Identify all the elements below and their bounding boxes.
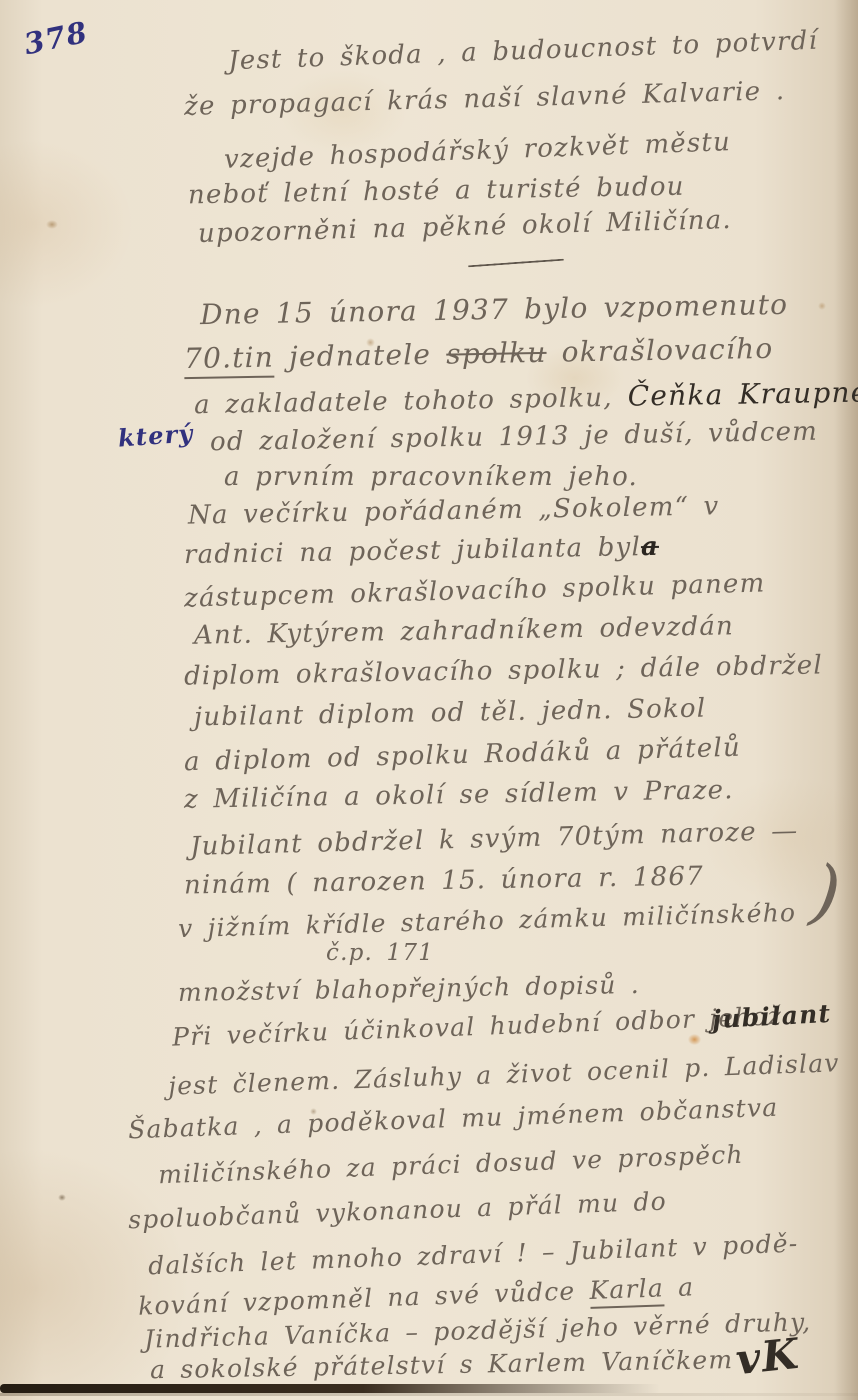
entry-date-line: Dne 15 února 1937 bylo vzpomenuto <box>200 291 789 329</box>
entry-line: množství blahopřejných dopisů . <box>178 972 640 1005</box>
manuscript-page: 378 Jest to škoda , a budoucnost to potv… <box>0 0 858 1400</box>
page-bottom-edge <box>0 1384 660 1393</box>
entry-line-kraupner: a zakladatele tohoto spolku, Čeňka Kraup… <box>194 378 858 419</box>
entry-line: jest členem. Zásluhy a život ocenil p. L… <box>168 1050 840 1098</box>
entry-line: jubilant diplom od těl. jedn. Sokol <box>194 696 707 731</box>
intro-line: neboť letní hosté a turisté budou <box>188 174 685 209</box>
paper-stain <box>46 220 58 229</box>
entry-line: a diplom od spolku Rodáků a přátelů <box>184 735 741 776</box>
page-edge-shadow <box>834 0 858 1400</box>
entry-line: dalších let mnoho zdraví ! – Jubilant v … <box>148 1231 799 1279</box>
page-number: 378 <box>22 18 91 60</box>
entry-line: Šabatka , a poděkoval mu jménem občanstv… <box>128 1095 779 1143</box>
entry-line: miličínského za práci dosud ve prospěch <box>158 1142 744 1187</box>
entry-line: Jubilant obdržel k svým 70tým naroze — <box>190 818 799 860</box>
margin-note-ktery: který <box>117 421 194 450</box>
entry-line: ninám ( narozen 15. února r. 1867 <box>184 863 704 898</box>
entry-line: Ant. Kytýrem zahradníkem odevzdán <box>194 613 734 648</box>
entry-line: v jižním křídle starého zámku miličínské… <box>178 900 797 941</box>
kraupner-name: Čeňka Kraupnera, <box>612 375 858 413</box>
entry-line: spoluobčanů vykonanou a přál mu do <box>128 1189 668 1233</box>
line-text: a <box>663 1272 694 1302</box>
intro-line: upozorněni na pěkné okolí Miličína. <box>198 207 732 247</box>
line-text: a zakladatele tohoto spolku, <box>194 383 613 420</box>
entry-line: od založení spolku 1913 je duší, vůdcem <box>210 419 818 456</box>
paper-stain <box>58 1194 66 1201</box>
line-text: radnici na počest jubilanta byl <box>184 532 641 570</box>
entry-line: a prvním pracovníkem jeho. <box>224 464 638 490</box>
intro-line: že propagací krás naší slavné Kalvarie . <box>184 78 786 120</box>
entry-line: a sokolské přátelství s Karlem Vaníčkem … <box>150 1347 757 1383</box>
inserted-word-jubilant: jubilant <box>711 1001 831 1032</box>
intro-line: Jest to škoda , a budoucnost to potvrdí <box>228 28 819 75</box>
entry-line-house-number: č.p. 171 <box>326 942 434 965</box>
underlined-karla: Karla <box>589 1273 665 1309</box>
paper-stain <box>688 1034 701 1045</box>
page-bottom-edge-faint <box>0 1393 858 1396</box>
section-divider <box>468 259 564 268</box>
entry-line: zástupcem okrašlovacího spolku panem <box>184 570 766 611</box>
entry-line: z Miličína a okolí se sídlem v Praze. <box>184 777 734 813</box>
entry-line-70tin: 70.tin jednatele spolku okrašlovacího <box>184 335 774 373</box>
paper-stain <box>818 302 826 310</box>
writer-monogram: vK <box>734 1333 801 1381</box>
entry-line-byla: radnici na počest jubilanta byla <box>184 534 659 568</box>
struck-word: spolku <box>446 336 547 371</box>
entry-line: Na večírku pořádaném „Sokolem“ v <box>188 493 720 528</box>
entry-line: diplom okrašlovacího spolku ; dále obdrž… <box>184 652 823 689</box>
intro-line: vzejde hospodářský rozkvět městu <box>224 129 732 173</box>
line-text: jednatele <box>274 338 447 374</box>
blotted-letter: a <box>641 532 660 562</box>
underlined-anniversary: 70.tin <box>184 341 275 380</box>
line-text: okrašlovacího <box>546 332 773 369</box>
